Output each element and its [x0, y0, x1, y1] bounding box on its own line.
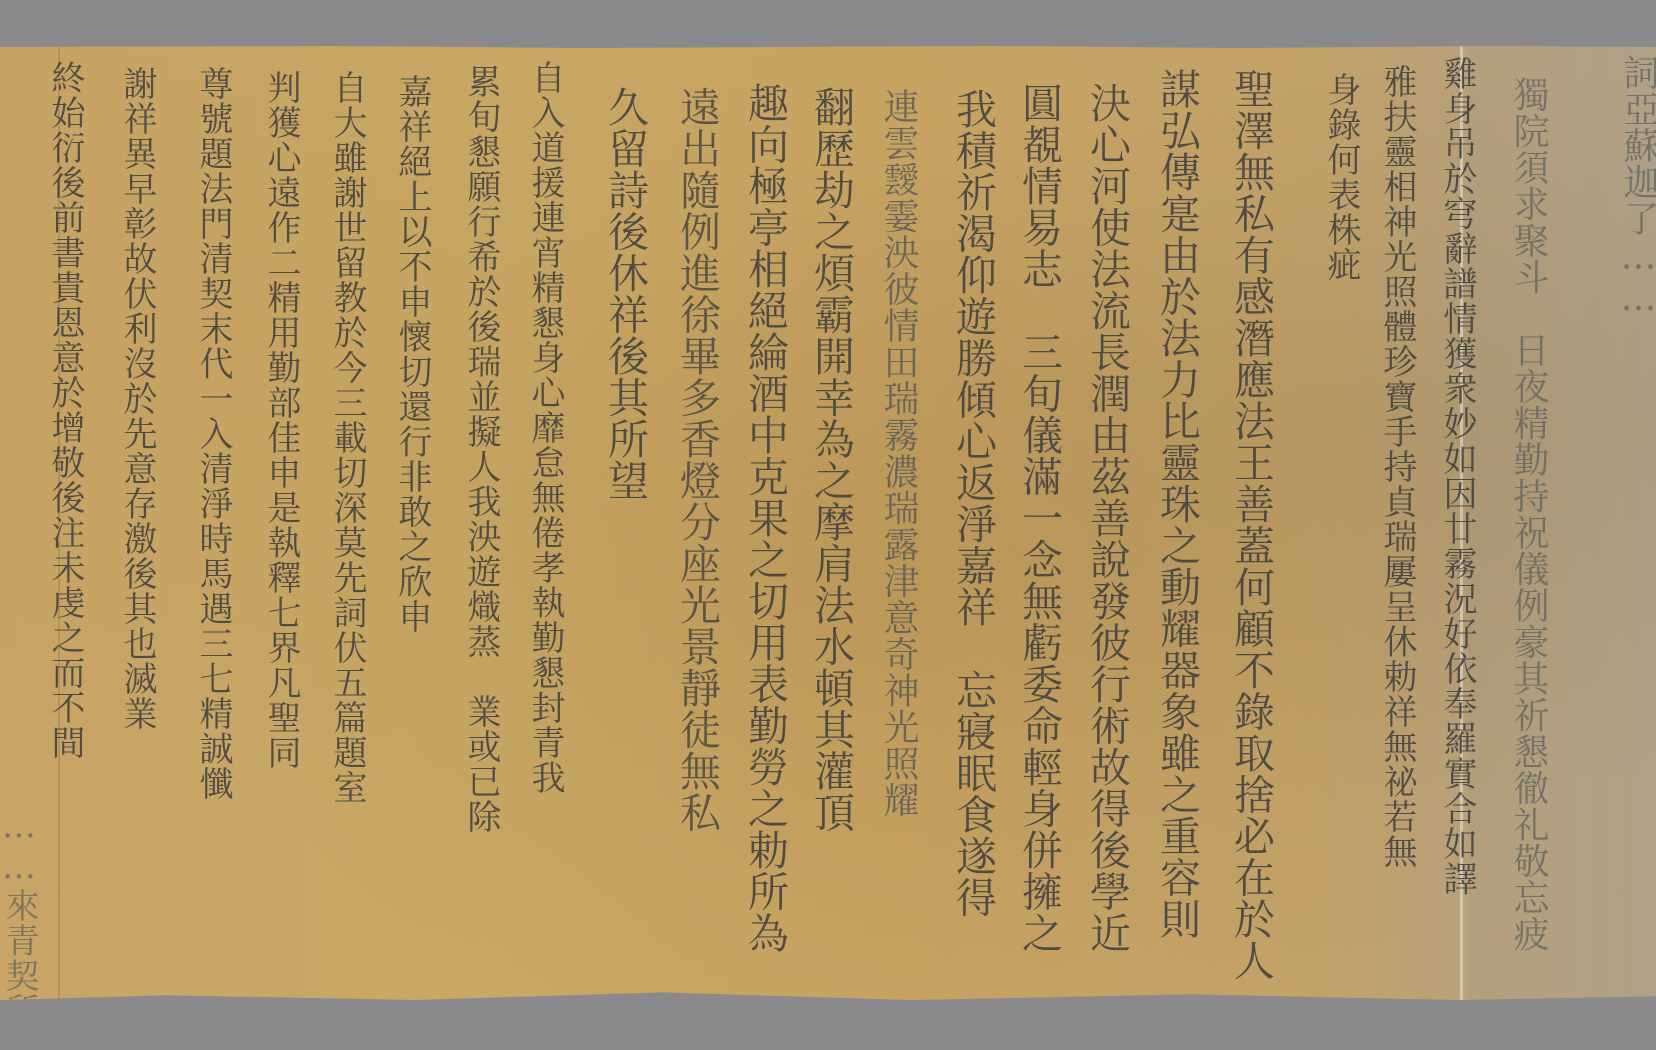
manuscript-column: 獨院須求聚斗 日夜精勤持祝儀例豪其祈懇徹礼敬忘疲	[1510, 76, 1546, 952]
manuscript-column: 詞亞蘇迦了……	[1620, 54, 1656, 320]
manuscript-column: 身錄何表株疵	[1324, 72, 1358, 282]
manuscript-column: 終始衍後前書貴恩意於增敬後注未虔之而不間	[48, 60, 82, 760]
manuscript-column: 累旬懇願行希於後瑞並擬人我泱遊熾蒸 業或已除	[464, 64, 498, 834]
manuscript-column: 雅扶靈相神光照體珍寶手持貞瑞屢呈休勅祥無祕若無	[1380, 64, 1414, 869]
manuscript-column: 我積祈渴仰遊勝傾心返淨嘉祥 忘寢眠食遂得	[952, 88, 993, 918]
manuscript-column: 自入道援連宵精懇身心靡怠無倦孝執勤懇封青我	[528, 60, 562, 795]
manuscript-column: ……來青契所	[2, 806, 36, 1028]
manuscript-column: 決心河使法流長潤由茲善說發彼行術故得後學近	[1086, 82, 1127, 954]
manuscript-column: 雞身吊於穹辭譜情獲衆妙如因廿霧況好依奉羅實合如譯	[1440, 56, 1474, 896]
manuscript-column: 趣向極亭相絕綸酒中克果之切用表勤勞之勅所為	[744, 82, 785, 954]
manuscript-column: 尊號題法門清契末代一入清淨時馬遇三七精誠懺	[196, 66, 230, 801]
manuscript-column: 嘉祥絕上以不申懷切還行非敢之欣申	[395, 74, 429, 634]
manuscript-scroll: 詞亞蘇迦了…… 獨院須求聚斗 日夜精勤持祝儀例豪其祈懇徹礼敬忘疲 雞身吊於穹辭譜…	[0, 46, 1656, 1000]
manuscript-column: 連雲靉霎泱彼情田瑞霧濃瑞露津意奇神光照耀	[880, 88, 916, 818]
manuscript-column: 自大雖謝世留教於今三載切深莫先詞伏五篇題室	[330, 70, 364, 805]
manuscript-column: 久留詩後休祥後其所望	[604, 86, 645, 501]
manuscript-column: 聖澤無私有感潛應法王善蓋何顧不錄取捨必在於人	[1230, 68, 1271, 981]
manuscript-column: 翻歷劫之煩霸開幸為之摩肩法水頓其灌頂	[810, 86, 851, 833]
manuscript-column: 圓覩情易志 三旬儀滿一念無虧委命輕身併擁之	[1018, 82, 1059, 954]
manuscript-column: 判獲心遠作二精用勤部佳申是執釋七界凡聖同	[264, 70, 298, 770]
manuscript-column: 謝祥異早彰故伏利沒於先意存激後其也滅業	[120, 66, 154, 731]
manuscript-column: 謀弘傳寔由於法力比靈珠之動耀器象雖之重容則	[1156, 68, 1197, 940]
manuscript-column: 遠出隨例進徐畢多香燈分座光景靜徒無私	[676, 86, 717, 833]
